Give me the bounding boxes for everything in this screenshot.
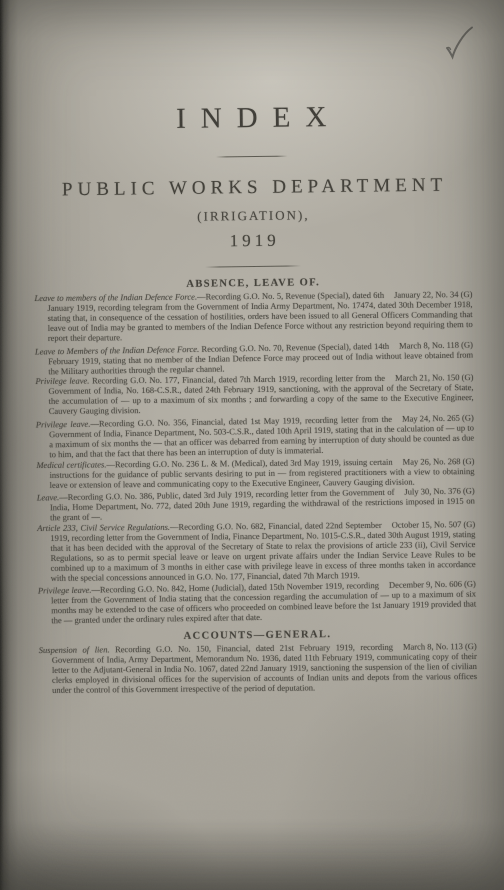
title-rule [216, 156, 288, 158]
section-absence-entries: Leave to members of the Indian Defence F… [34, 289, 476, 625]
section-accounts-entries: Suspension of lien.March 8, No. 113 (G) … [39, 641, 478, 696]
year-title: 1919 [34, 228, 472, 253]
page-content: INDEX PUBLIC WORKS DEPARTMENT (IRRIGATIO… [31, 0, 477, 698]
index-entry: Medical certificates.May 26, No. 268 (G)… [36, 457, 474, 491]
index-entry: Suspension of lien.March 8, No. 113 (G) … [39, 642, 477, 696]
department-title: PUBLIC WORKS DEPARTMENT [33, 174, 471, 201]
index-entry: Leave.July 30, No. 376 (G)—Recording G.O… [37, 487, 475, 524]
index-entry: Privilege leave.March 21, No. 150 (G) Re… [35, 373, 473, 417]
index-entry: Leave to Members of the Indian Defence F… [35, 340, 473, 377]
year-rule [205, 265, 301, 267]
handwritten-checkmark-icon [441, 24, 477, 64]
entry-lead: Medical certificates. [36, 459, 106, 470]
index-entry: Leave to members of the Indian Defence F… [34, 290, 472, 344]
index-entry: Article 233, Civil Service Regulations.O… [37, 520, 476, 583]
scanned-page: INDEX PUBLIC WORKS DEPARTMENT (IRRIGATIO… [0, 0, 504, 890]
index-entry: Privilege leave.May 24, No. 265 (G)—Reco… [36, 413, 475, 460]
page-title: INDEX [32, 99, 470, 137]
index-entry: Privilege leave.December 9, No. 606 (G)—… [38, 580, 477, 627]
subdepartment-title: (IRRIGATION), [33, 205, 471, 226]
